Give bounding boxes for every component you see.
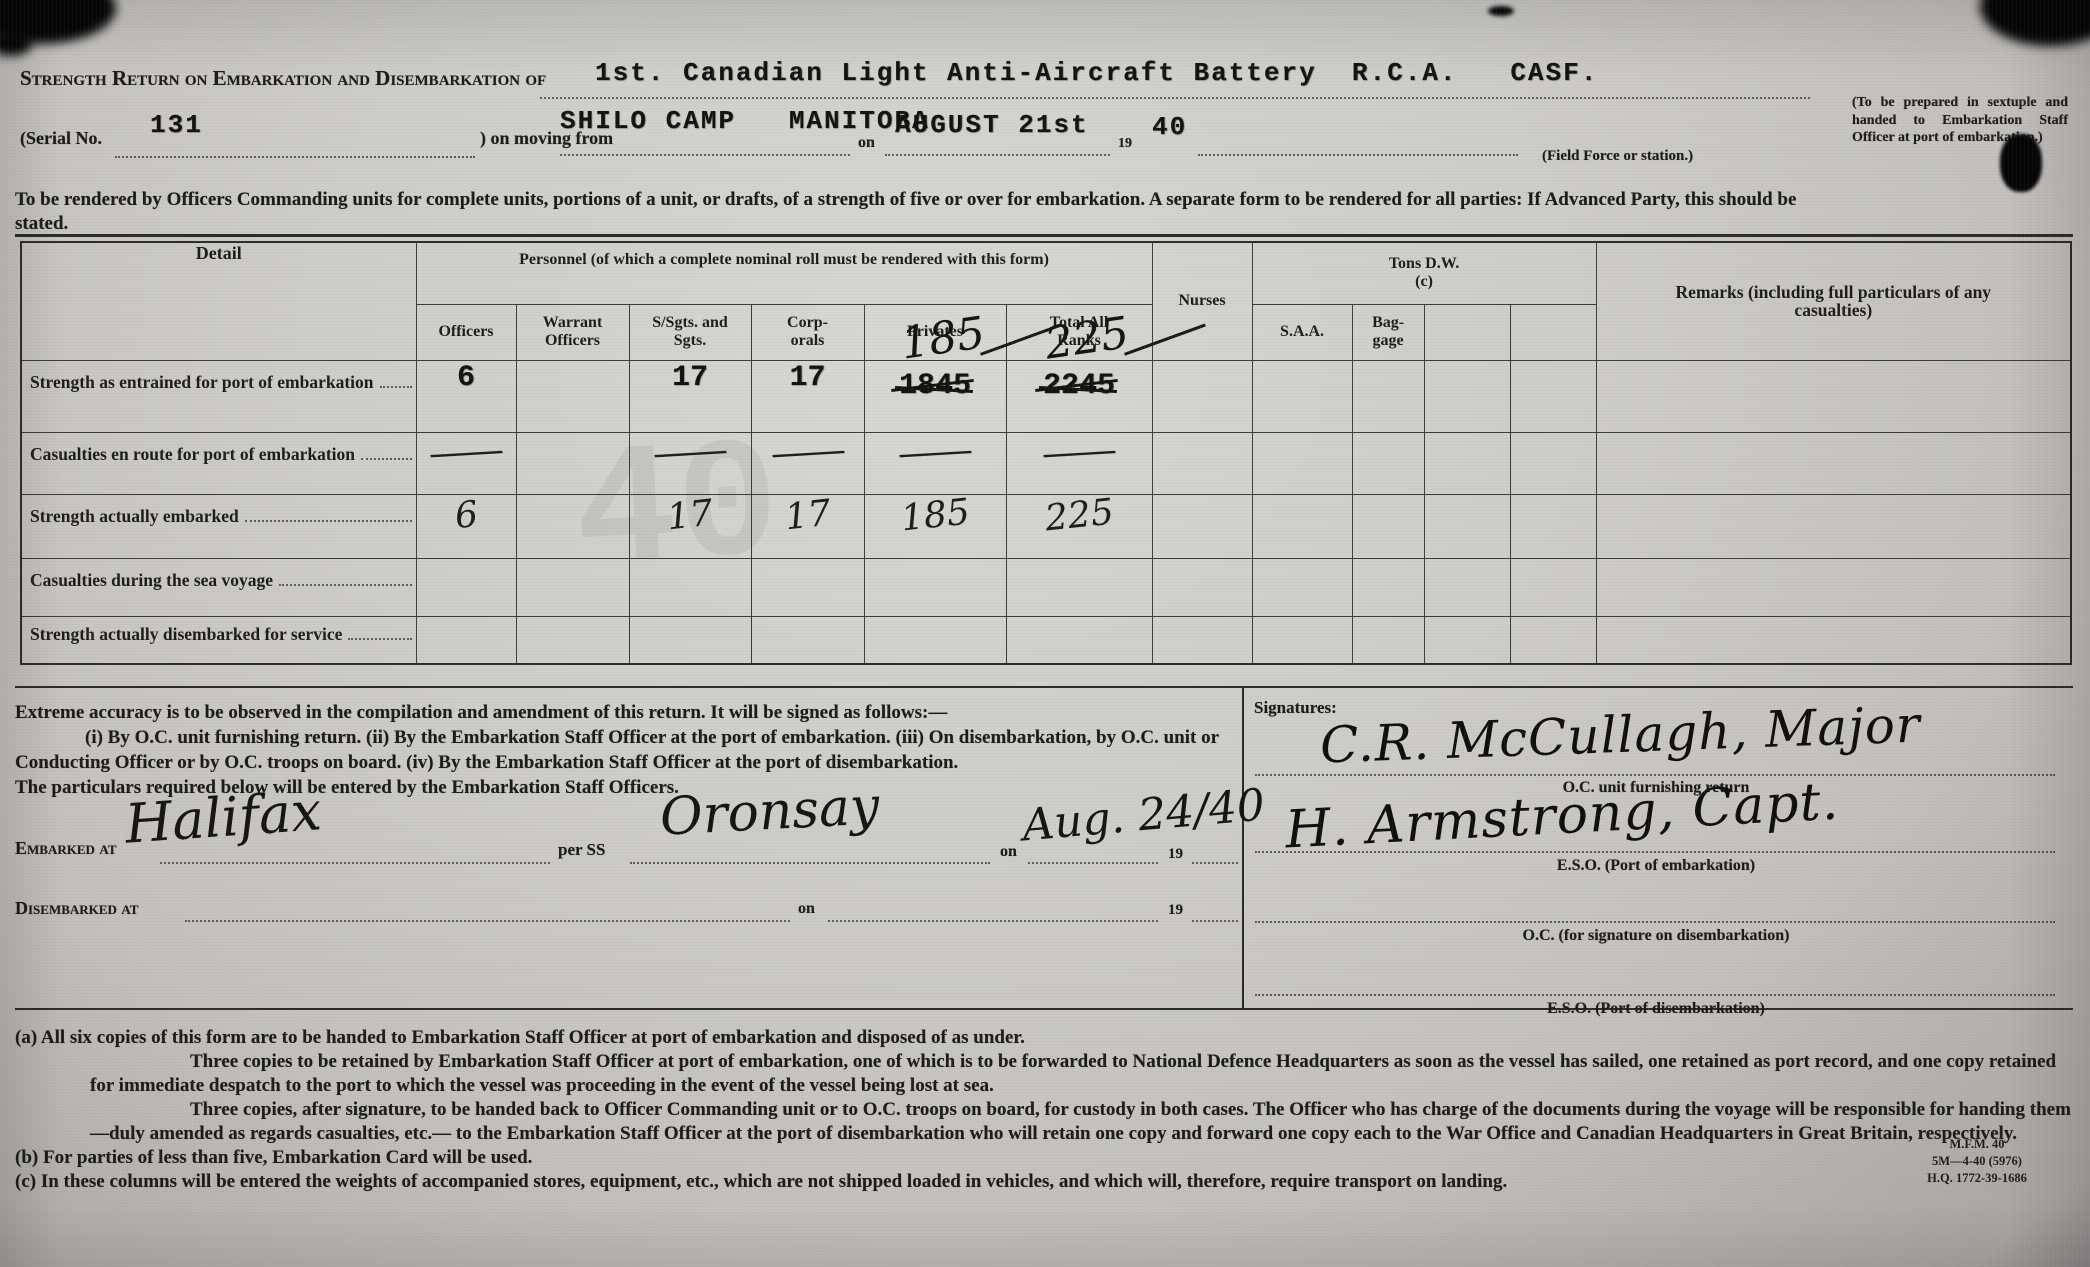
- footnote-c: (c) In these columns will be entered the…: [15, 1170, 2073, 1194]
- handwritten-dash: —: [895, 431, 976, 473]
- route-nurses-value: [1152, 432, 1252, 494]
- footnote-a-para1: Three copies to be retained by Embarkati…: [90, 1050, 2073, 1098]
- prepare-note: (To be prepared in sextuple and handed t…: [1852, 94, 2068, 147]
- sea-privates-value: [864, 558, 1006, 616]
- embarked-tons2-value: [1510, 494, 1596, 558]
- route-tons1-value: [1424, 432, 1510, 494]
- signatures-box-left-border: [1242, 686, 1244, 1010]
- entrained-total-cell: 2245 225: [1006, 360, 1152, 432]
- handwritten-number: 185: [899, 491, 972, 539]
- dis-officers-value: [416, 616, 516, 664]
- sea-remarks-value: [1596, 558, 2071, 616]
- embarked-tons1-value: [1424, 494, 1510, 558]
- row-label-cell: Strength as entrained for port of embark…: [21, 360, 416, 432]
- row-label-cell: Casualties during the sea voyage: [21, 558, 416, 616]
- dis-warrant-value: [516, 616, 629, 664]
- remarks-header-label: Remarks (including full particulars of a…: [1676, 282, 1992, 320]
- disembarked-place-dotted: [185, 920, 790, 922]
- officers-col-label: Officers: [438, 323, 493, 340]
- sea-ssgts-value: [629, 558, 751, 616]
- tons-blank-col-header-2: [1510, 304, 1596, 360]
- dis-baggage-value: [1352, 616, 1424, 664]
- embarked-corporals-value: 17: [751, 494, 864, 558]
- sea-warrant-value: [516, 558, 629, 616]
- embark-date-dotted: [1028, 862, 1158, 864]
- entrained-tons1-value: [1424, 360, 1510, 432]
- entrained-corporals-value: 17: [751, 360, 864, 432]
- leader-dots: [348, 638, 411, 640]
- origin-typed: SHILO CAMP MANITOBA: [560, 106, 930, 136]
- year-dotted-line: [1198, 154, 1518, 156]
- embarked-place-dotted: [160, 862, 550, 864]
- handwritten-dash: —: [650, 431, 731, 473]
- baggage-col-header: Bag-gage: [1352, 304, 1424, 360]
- nurses-header-label: Nurses: [1179, 292, 1226, 309]
- on-label: on: [858, 134, 875, 152]
- strength-table: Detail Personnel (of which a complete no…: [20, 241, 2072, 665]
- ssgts-col-label: S/Sgts. and Sgts.: [651, 314, 729, 350]
- ship-dotted: [630, 862, 990, 864]
- slot2-label: E.S.O. (Port of embarkation): [1242, 857, 2070, 875]
- row-casualties-route-label: Casualties en route for port of embarkat…: [30, 445, 355, 464]
- entrained-nurses-value: [1152, 360, 1252, 432]
- route-warrant-value: [516, 432, 629, 494]
- ink-blot: [2000, 134, 2042, 192]
- embark-on-label: on: [1000, 843, 1017, 861]
- route-corporals-dash: —: [751, 432, 864, 494]
- signatures-title: Signatures:: [1254, 698, 1337, 718]
- dis-privates-value: [864, 616, 1006, 664]
- embarked-officers-value: 6: [416, 494, 516, 558]
- serial-label: (Serial No.: [20, 128, 102, 149]
- remarks-header-cell: Remarks (including full particulars of a…: [1596, 242, 2071, 360]
- dis-corporals-value: [751, 616, 864, 664]
- embarked-place-handwriting: Halifax: [123, 779, 323, 856]
- route-ssgts-dash: —: [629, 432, 751, 494]
- total-strikeout-group: 2245 225: [1043, 369, 1115, 403]
- detail-header-cell: Detail: [21, 242, 416, 360]
- title-dotted-line: [540, 97, 1810, 99]
- sea-nurses-value: [1152, 558, 1252, 616]
- entrained-remarks-value: [1596, 360, 2071, 432]
- strength-table-wrap: Detail Personnel (of which a complete no…: [20, 241, 2072, 665]
- row-label-cell: Casualties en route for port of embarkat…: [21, 432, 416, 494]
- route-privates-dash: —: [864, 432, 1006, 494]
- row-entrained-label: Strength as entrained for port of embark…: [30, 373, 374, 392]
- privates-corrected-handwritten: 185: [898, 307, 988, 369]
- embarked-saa-value: [1252, 494, 1352, 558]
- leader-dots: [245, 520, 412, 522]
- row-sea-casualties-label: Casualties during the sea voyage: [30, 571, 273, 590]
- disembark-date-dotted: [828, 920, 1158, 922]
- disembark-on-label: on: [798, 900, 815, 918]
- form-code-line2: 5M—4-40 (5976): [1882, 1153, 2072, 1170]
- saa-col-header: S.A.A.: [1252, 304, 1352, 360]
- scanned-strength-return-form: 40 Strength Return on Embarkation and Di…: [0, 0, 2090, 1267]
- slot4-label: E.S.O. (Port of disembarkation): [1242, 1000, 2070, 1018]
- disembarked-at-label: Disembarked at: [15, 898, 138, 919]
- disembark-year-dotted: [1192, 920, 1238, 922]
- form-codes: M.F.M. 40 5M—4-40 (5976) H.Q. 1772-39-16…: [1882, 1136, 2072, 1187]
- corporals-col-header: Corp-orals: [751, 304, 864, 360]
- unit-name-typed: 1st. Canadian Light Anti-Aircraft Batter…: [595, 58, 1598, 88]
- signature-line-2: [1255, 851, 2055, 853]
- detail-header-label: Detail: [22, 243, 416, 264]
- handwritten-number: 225: [1043, 491, 1116, 539]
- signature-line-1: [1255, 774, 2055, 776]
- entrained-tons2-value: [1510, 360, 1596, 432]
- route-remarks-value: [1596, 432, 2071, 494]
- personnel-header-label: Personnel (of which a complete nominal r…: [519, 251, 1049, 268]
- privates-strikeout-group: 1845 185: [899, 369, 971, 403]
- dis-saa-value: [1252, 616, 1352, 664]
- sea-baggage-value: [1352, 558, 1424, 616]
- entrained-officers-value: 6: [416, 360, 516, 432]
- sea-corporals-value: [751, 558, 864, 616]
- scan-speck: [1488, 6, 1514, 16]
- row-label-cell: Strength actually disembarked for servic…: [21, 616, 416, 664]
- warrant-col-label: Warrant Officers: [538, 314, 608, 350]
- date-dotted-line: [885, 154, 1110, 156]
- dis-remarks-value: [1596, 616, 2071, 664]
- sea-total-value: [1006, 558, 1152, 616]
- route-officers-dash: —: [416, 432, 516, 494]
- accuracy-line1: Extreme accuracy is to be observed in th…: [15, 700, 1233, 725]
- dis-tons2-value: [1510, 616, 1596, 664]
- embarked-ssgts-value: 17: [629, 494, 751, 558]
- embarked-nurses-value: [1152, 494, 1252, 558]
- dis-total-value: [1006, 616, 1152, 664]
- handwritten-number: 6: [452, 493, 479, 536]
- embarked-warrant-value: [516, 494, 629, 558]
- scan-corner-blot-top-right: [1980, 0, 2090, 46]
- serial-dotted-line: [115, 156, 475, 158]
- warrant-col-header: Warrant Officers: [516, 304, 629, 360]
- instructions-paragraph: To be rendered by Officers Commanding un…: [15, 188, 1805, 236]
- per-ss-label: per SS: [558, 840, 605, 860]
- embark-year-dotted: [1192, 862, 1238, 864]
- leader-dots: [380, 386, 412, 388]
- sea-saa-value: [1252, 558, 1352, 616]
- handwritten-number: 17: [783, 492, 833, 538]
- handwritten-number: 17: [665, 492, 715, 538]
- embarked-remarks-value: [1596, 494, 2071, 558]
- embark-year-label: 19: [1168, 846, 1183, 863]
- saa-col-label: S.A.A.: [1280, 323, 1324, 340]
- handwritten-dash: —: [1039, 431, 1120, 473]
- entrained-baggage-value: [1352, 360, 1424, 432]
- serial-value-typed: 131: [150, 110, 203, 140]
- footnote-a-head: (a) All six copies of this form are to b…: [15, 1026, 2073, 1050]
- handwritten-dash: —: [426, 431, 507, 473]
- entrained-warrant-value: [516, 360, 629, 432]
- officers-col-header: Officers: [416, 304, 516, 360]
- entrained-privates-cell: 1845 185: [864, 360, 1006, 432]
- personnel-header-cell: Personnel (of which a complete nominal r…: [416, 242, 1152, 304]
- year-typed: 40: [1152, 112, 1187, 142]
- route-saa-value: [1252, 432, 1352, 494]
- nurses-header-cell: Nurses: [1152, 242, 1252, 360]
- scan-edge-blot-left: [0, 30, 32, 56]
- sea-tons2-value: [1510, 558, 1596, 616]
- footnote-b: (b) For parties of less than five, Embar…: [15, 1146, 2073, 1170]
- entrained-ssgts-value: 17: [629, 360, 751, 432]
- return-title-label: Strength Return on Embarkation and Disem…: [20, 66, 546, 91]
- handwritten-dash: —: [767, 431, 848, 473]
- signature-line-4: [1255, 994, 2055, 996]
- embarked-baggage-value: [1352, 494, 1424, 558]
- leader-dots: [361, 458, 411, 460]
- accuracy-section: Extreme accuracy is to be observed in th…: [15, 700, 1233, 800]
- form-code-line1: M.F.M. 40: [1882, 1136, 2072, 1153]
- horizontal-rule-mid: [15, 686, 2073, 688]
- tons-header-label: Tons D.W. (c): [1388, 255, 1460, 291]
- ssgts-col-header: S/Sgts. and Sgts.: [629, 304, 751, 360]
- dis-nurses-value: [1152, 616, 1252, 664]
- route-total-dash: —: [1006, 432, 1152, 494]
- footnote-a-para2: Three copies, after signature, to be han…: [90, 1098, 2073, 1146]
- slot3-label: O.C. (for signature on disembarkation): [1242, 927, 2070, 945]
- leader-dots: [279, 584, 411, 586]
- form-code-line3: H.Q. 1772-39-1686: [1882, 1170, 2072, 1187]
- dis-tons1-value: [1424, 616, 1510, 664]
- embarked-at-label: Embarked at: [15, 838, 117, 859]
- footnotes-section: (a) All six copies of this form are to b…: [15, 1026, 2073, 1194]
- tons-blank-col-header-1: [1424, 304, 1510, 360]
- disembark-year-label: 19: [1168, 902, 1183, 919]
- row-label-cell: Strength actually embarked: [21, 494, 416, 558]
- tons-header-cell: Tons D.W. (c): [1252, 242, 1596, 304]
- oc-signature-handwriting: C.R. McCullagh, Major: [1319, 696, 1921, 775]
- entrained-saa-value: [1252, 360, 1352, 432]
- route-baggage-value: [1352, 432, 1424, 494]
- sea-officers-value: [416, 558, 516, 616]
- baggage-col-label: Bag-gage: [1368, 314, 1408, 350]
- move-date-typed: AUGUST 21st: [895, 110, 1089, 140]
- signature-line-3: [1255, 921, 2055, 923]
- embarked-total-value: 225: [1006, 494, 1152, 558]
- horizontal-rule-top: [15, 234, 2073, 237]
- origin-dotted-line: [560, 154, 850, 156]
- route-tons2-value: [1510, 432, 1596, 494]
- sea-tons1-value: [1424, 558, 1510, 616]
- accuracy-line2: (i) By O.C. unit furnishing return. (ii)…: [15, 725, 1233, 775]
- row-embarked-label: Strength actually embarked: [30, 507, 239, 526]
- year-pre-label: 19: [1118, 136, 1132, 152]
- field-force-note: (Field Force or station.): [1542, 148, 1693, 165]
- embarked-privates-value: 185: [864, 494, 1006, 558]
- corporals-col-label: Corp-orals: [783, 314, 833, 350]
- total-corrected-handwritten: 225: [1042, 307, 1132, 369]
- row-disembarked-label: Strength actually disembarked for servic…: [30, 625, 342, 644]
- ship-handwriting: Oronsay: [659, 776, 881, 847]
- dis-ssgts-value: [629, 616, 751, 664]
